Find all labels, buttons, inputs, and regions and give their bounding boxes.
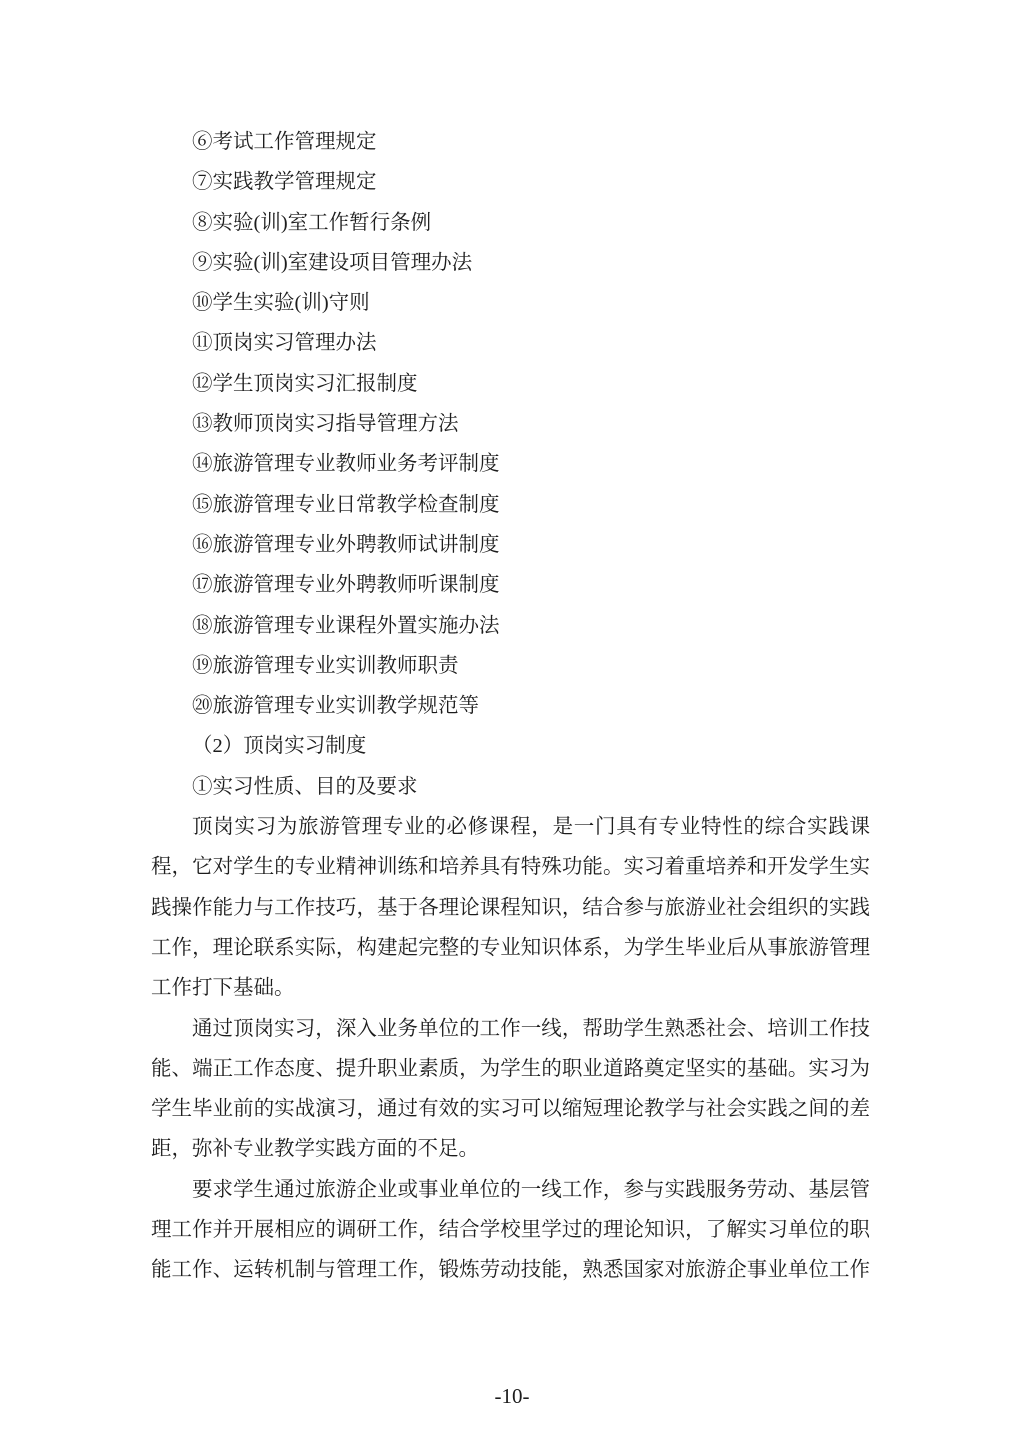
text-line: ⑳旅游管理专业实训教学规范等 bbox=[151, 686, 870, 726]
text-line: ⑲旅游管理专业实训教师职责 bbox=[151, 646, 870, 686]
text-line: ⑨实验(训)室建设项目管理办法 bbox=[151, 243, 870, 283]
text-line: 要求学生通过旅游企业或事业单位的一线工作，参与实践服务劳动、基层管 bbox=[151, 1170, 870, 1210]
text-line: ①实习性质、目的及要求 bbox=[151, 767, 870, 807]
text-line: （2）顶岗实习制度 bbox=[151, 726, 870, 766]
text-line: ⑫学生顶岗实习汇报制度 bbox=[151, 364, 870, 404]
text-line: 能、端正工作态度、提升职业素质，为学生的职业道路奠定坚实的基础。实习为 bbox=[151, 1049, 870, 1089]
text-line: ⑭旅游管理专业教师业务考评制度 bbox=[151, 444, 870, 484]
text-line: 理工作并开展相应的调研工作，结合学校里学过的理论知识，了解实习单位的职 bbox=[151, 1210, 870, 1250]
text-line: 距，弥补专业教学实践方面的不足。 bbox=[151, 1129, 870, 1169]
text-line: ⑯旅游管理专业外聘教师试讲制度 bbox=[151, 525, 870, 565]
text-line: 学生毕业前的实战演习，通过有效的实习可以缩短理论教学与社会实践之间的差 bbox=[151, 1089, 870, 1129]
text-line: 顶岗实习为旅游管理专业的必修课程，是一门具有专业特性的综合实践课 bbox=[151, 807, 870, 847]
text-line: ⑱旅游管理专业课程外置实施办法 bbox=[151, 606, 870, 646]
text-line: ⑦实践教学管理规定 bbox=[151, 162, 870, 202]
text-line: 工作，理论联系实际，构建起完整的专业知识体系，为学生毕业后从事旅游管理 bbox=[151, 928, 870, 968]
text-line: ⑪顶岗实习管理办法 bbox=[151, 323, 870, 363]
text-line: ⑩学生实验(训)守则 bbox=[151, 283, 870, 323]
page-number: -10- bbox=[0, 1382, 1024, 1410]
text-line: ⑰旅游管理专业外聘教师听课制度 bbox=[151, 565, 870, 605]
text-line: 工作打下基础。 bbox=[151, 968, 870, 1008]
text-line: ⑬教师顶岗实习指导管理方法 bbox=[151, 404, 870, 444]
text-line: ⑥考试工作管理规定 bbox=[151, 122, 870, 162]
text-line: 通过顶岗实习，深入业务单位的工作一线，帮助学生熟悉社会、培训工作技 bbox=[151, 1009, 870, 1049]
text-line: ⑮旅游管理专业日常教学检查制度 bbox=[151, 485, 870, 525]
text-line: ⑧实验(训)室工作暂行条例 bbox=[151, 203, 870, 243]
text-line: 程，它对学生的专业精神训练和培养具有特殊功能。实习着重培养和开发学生实 bbox=[151, 847, 870, 887]
text-line: 践操作能力与工作技巧，基于各理论课程知识，结合参与旅游业社会组织的实践 bbox=[151, 888, 870, 928]
document-body: ⑥考试工作管理规定⑦实践教学管理规定⑧实验(训)室工作暂行条例⑨实验(训)室建设… bbox=[151, 122, 870, 1291]
text-line: 能工作、运转机制与管理工作，锻炼劳动技能，熟悉国家对旅游企事业单位工作 bbox=[151, 1250, 870, 1290]
document-page: ⑥考试工作管理规定⑦实践教学管理规定⑧实验(训)室工作暂行条例⑨实验(训)室建设… bbox=[0, 0, 1024, 1448]
